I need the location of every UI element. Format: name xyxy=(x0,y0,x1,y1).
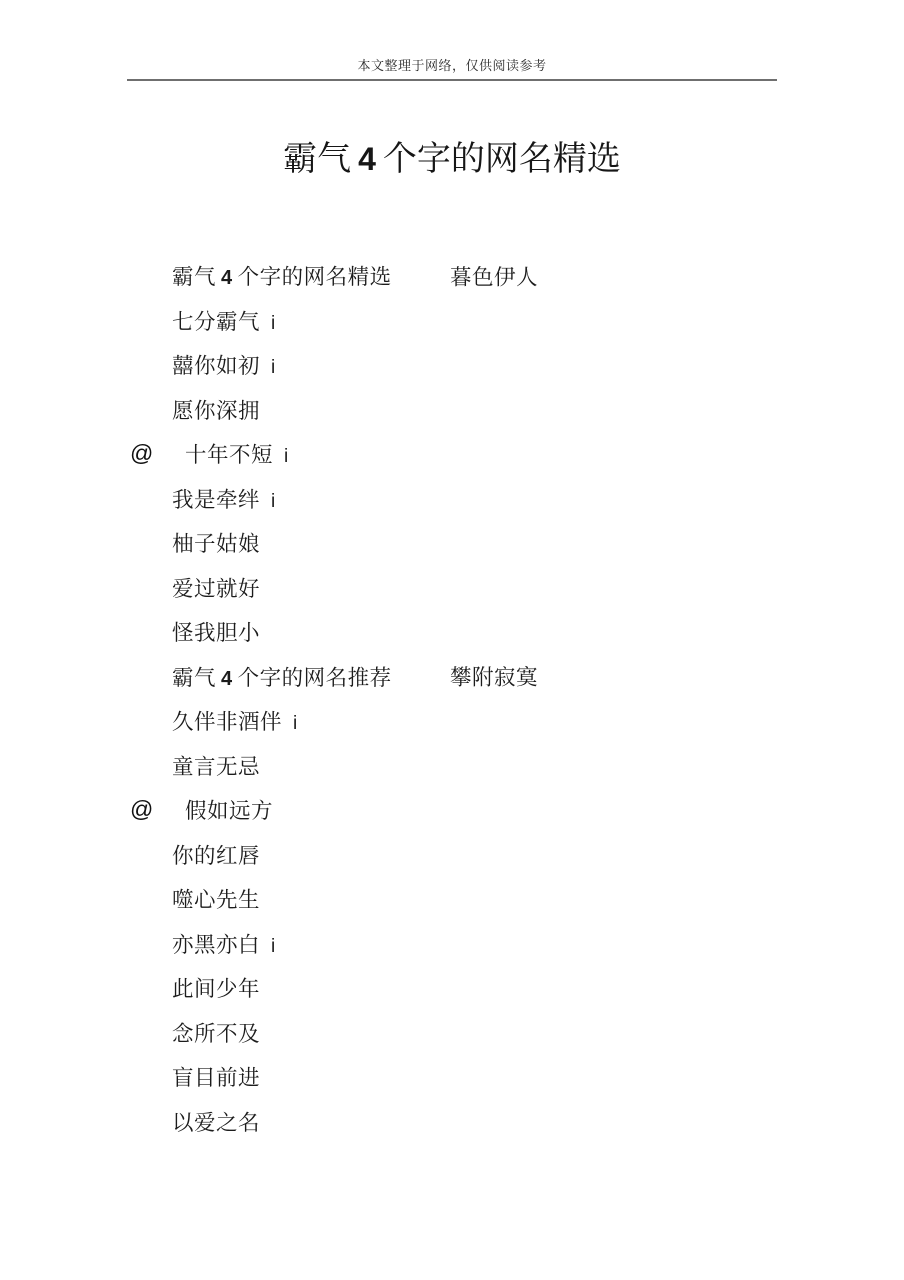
document-page: 本文整理于网络，仅供阅读参考 霸气4个字的网名精选 霸气4个字的网名精选 暮色伊… xyxy=(0,0,904,1280)
list-item: 霸气4个字的网名精选 暮色伊人 xyxy=(130,254,904,299)
name-text: 囍你如初i xyxy=(172,349,276,380)
list-item: @ 十年不短i xyxy=(130,432,904,477)
name-text: 爱过就好 xyxy=(172,572,260,603)
name-text-pre: 爱过就好 xyxy=(172,577,260,601)
list-item: 此间少年 xyxy=(130,966,904,1011)
name-text: 假如远方 xyxy=(172,794,273,825)
name-text-pre: 十年不短 xyxy=(185,443,273,467)
name-text: 柚子姑娘 xyxy=(172,527,260,558)
name-text-post: 个字的网名精选 xyxy=(238,265,392,289)
name-text-pre: 此间少年 xyxy=(172,977,260,1001)
tail-text: 暮色伊人 xyxy=(450,260,538,291)
list-item: 爱过就好 xyxy=(130,565,904,610)
name-text-pre: 盲目前进 xyxy=(172,1066,260,1090)
list-item: 你的红唇 xyxy=(130,832,904,877)
name-text: 十年不短i xyxy=(172,438,289,469)
name-text-number: 4 xyxy=(216,267,238,289)
list-item: 念所不及 xyxy=(130,1010,904,1055)
name-list: 霸气4个字的网名精选 暮色伊人 七分霸气i 囍你如初i 愿你深拥 @ 十年不短i… xyxy=(0,254,904,1144)
name-text: 怪我胆小 xyxy=(172,616,260,647)
name-text-pre: 亦黑亦白 xyxy=(172,933,260,957)
name-text-pre: 久伴非酒伴 xyxy=(172,710,282,734)
name-text-pre: 假如远方 xyxy=(185,799,273,823)
name-text-pre: 霸气 xyxy=(172,265,216,289)
name-text: 童言无忌 xyxy=(172,750,260,781)
name-suffix-i: i xyxy=(293,713,298,735)
list-item: 愿你深拥 xyxy=(130,387,904,432)
list-item: 以爱之名 xyxy=(130,1099,904,1144)
list-item: 怪我胆小 xyxy=(130,610,904,655)
title-pre: 霸气 xyxy=(283,141,351,178)
title-number: 4 xyxy=(351,141,383,177)
header-note: 本文整理于网络，仅供阅读参考 xyxy=(0,0,904,74)
name-suffix-i: i xyxy=(271,936,276,958)
name-text-pre: 你的红唇 xyxy=(172,844,260,868)
name-text-pre: 囍你如初 xyxy=(172,354,260,378)
name-text: 霸气4个字的网名精选 xyxy=(172,260,392,291)
name-text: 久伴非酒伴i xyxy=(172,705,298,736)
name-text: 念所不及 xyxy=(172,1017,260,1048)
name-text-pre: 怪我胆小 xyxy=(172,621,260,645)
name-suffix-i: i xyxy=(271,491,276,513)
list-item: 亦黑亦白i xyxy=(130,921,904,966)
name-text-pre: 我是牵绊 xyxy=(172,488,260,512)
name-text-pre: 以爱之名 xyxy=(172,1111,260,1135)
at-marker: @ xyxy=(130,440,172,467)
name-text-pre: 噬心先生 xyxy=(172,888,260,912)
page-title: 霸气4个字的网名精选 xyxy=(0,139,904,182)
name-text: 你的红唇 xyxy=(172,839,260,870)
list-item: 我是牵绊i xyxy=(130,476,904,521)
list-item: 柚子姑娘 xyxy=(130,521,904,566)
name-suffix-i: i xyxy=(284,446,289,468)
list-item: 七分霸气i xyxy=(130,298,904,343)
name-text: 霸气4个字的网名推荐 xyxy=(172,661,392,692)
name-suffix-i: i xyxy=(271,313,276,335)
name-text: 亦黑亦白i xyxy=(172,928,276,959)
name-text-pre: 柚子姑娘 xyxy=(172,532,260,556)
name-text: 噬心先生 xyxy=(172,883,260,914)
name-text-number: 4 xyxy=(216,668,238,690)
name-text-pre: 童言无忌 xyxy=(172,755,260,779)
list-item: 盲目前进 xyxy=(130,1055,904,1100)
header-divider xyxy=(127,79,777,81)
name-text-pre: 霸气 xyxy=(172,666,216,690)
name-text: 盲目前进 xyxy=(172,1061,260,1092)
name-text: 此间少年 xyxy=(172,972,260,1003)
name-text: 愿你深拥 xyxy=(172,394,260,425)
list-item: 囍你如初i xyxy=(130,343,904,388)
name-text-post: 个字的网名推荐 xyxy=(238,666,392,690)
list-item: 久伴非酒伴i xyxy=(130,699,904,744)
list-item: 童言无忌 xyxy=(130,743,904,788)
name-text: 七分霸气i xyxy=(172,305,276,336)
list-item: 噬心先生 xyxy=(130,877,904,922)
list-item: @ 假如远方 xyxy=(130,788,904,833)
tail-text: 攀附寂寞 xyxy=(450,661,538,692)
at-marker: @ xyxy=(130,796,172,823)
name-text-pre: 念所不及 xyxy=(172,1022,260,1046)
name-suffix-i: i xyxy=(271,357,276,379)
name-text-pre: 七分霸气 xyxy=(172,310,260,334)
list-item: 霸气4个字的网名推荐 攀附寂寞 xyxy=(130,654,904,699)
name-text-pre: 愿你深拥 xyxy=(172,399,260,423)
name-text: 我是牵绊i xyxy=(172,483,276,514)
title-post: 个字的网名精选 xyxy=(383,141,621,178)
name-text: 以爱之名 xyxy=(172,1106,260,1137)
